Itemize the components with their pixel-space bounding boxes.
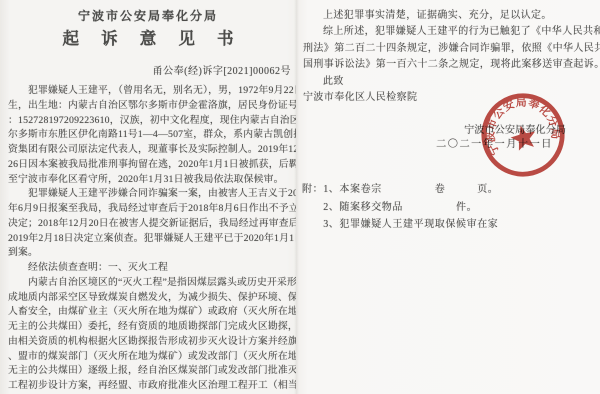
- body-line: 上述犯罪事实清楚，证据确实、充分，足以认定。: [303, 8, 597, 24]
- body-line: 犯罪嫌疑人王建平，（曾用名无，别名无），男，1972年9月22日出: [8, 84, 294, 99]
- scanned-page-right: 上述犯罪事实清楚，证据确实、充分，足以认定。 综上所述，犯罪嫌疑人王建平的行为已…: [296, 0, 600, 394]
- attachment-line: 2、随案移交物品 件。: [302, 199, 498, 217]
- body-line: 内蒙古自治区境区的“灭火工程”是指因煤层露头或历史开采形: [8, 276, 294, 291]
- document-title: 起 诉 意 见 书: [0, 25, 296, 49]
- body-line: 生，出生地：内蒙古自治区鄂尔多斯市伊金霍洛旗，居民身份证号码: [8, 99, 294, 114]
- page-fold-divider: [294, 0, 299, 394]
- body-line: 年6月9日报案至我局，我局经过审查后于2018年8月6日作出不予立案: [8, 202, 294, 217]
- attachment-line: 3、犯罪嫌疑人王建平现取保候审在家: [302, 216, 498, 234]
- document-number: 甬公奉(经)诉字[2021]00062号: [153, 62, 291, 77]
- attachments-list: 附：1、本案卷宗 卷 页。 2、随案移交物品 件。 3、犯罪嫌疑人王建平现取保候…: [302, 181, 498, 234]
- body-line: 、盟市的煤炭部门（灭火所在地为煤矿）或发改部门（灭火所在地为: [8, 350, 294, 365]
- body-line: 工程初步设计方案，再经盟、市政府批准火区治理工程开工（相当于: [8, 379, 294, 394]
- body-line: 到案。: [8, 246, 294, 261]
- body-line: 26日因本案被我局批准刑事拘留在逃，2020年1月1日被抓获，后羁押: [8, 158, 294, 173]
- body-line: 人畜安全，由煤矿业主（灭火所在地为煤矿）或政府（灭火所在地为: [8, 305, 294, 320]
- left-page-body: 犯罪嫌疑人王建平，（曾用名无，别名无），男，1972年9月22日出 生，出生地：…: [8, 84, 294, 394]
- body-line: 犯罪嫌疑人王建平涉嫌合同诈骗案一案，由被害人王吉义于2018: [8, 187, 294, 202]
- body-line: 尔多斯市东胜区伊化南路11号1—4—507室，群众，系内蒙古凯创投: [8, 128, 294, 143]
- attachment-line: 附：1、本案卷宗 卷 页。: [302, 181, 498, 199]
- scanned-page-left: 宁波市公安局奉化分局 起 诉 意 见 书 甬公奉(经)诉字[2021]00062…: [0, 0, 296, 394]
- body-line: ：152728197209223610，汉族，初中文化程度，现住内蒙古自治区鄂: [8, 114, 294, 129]
- body-line: 国刑事诉讼法》第一百六十二条之规定，现将此案移送审查起诉。: [303, 57, 597, 73]
- body-line: 无主的公共煤田）逐级上报，经自治区煤炭部门或发改部门批准灭火: [8, 364, 294, 379]
- body-line: 成地质内部采空区导致煤炭自燃发火，为减少损失、保护环境、保护: [8, 291, 294, 306]
- seal-star-icon: [508, 123, 538, 152]
- body-line: 经依法侦查查明：一、灭火工程: [8, 261, 294, 276]
- agency-header: 宁波市公安局奉化分局: [0, 7, 296, 24]
- body-line: 刑法》第二百二十四条规定，涉嫌合同诈骗罪，依照《中华人民共: [303, 41, 597, 57]
- body-line: 无主的公共煤田）委托，经有资质的地质勘探部门完成火区勘探，再: [8, 320, 294, 335]
- body-line: 综上所述，犯罪嫌疑人王建平的行为已触犯了《中华人民共和: [303, 24, 597, 40]
- body-line: 资集团有限公司原法定代表人，现董事长及实际控制人。2019年12月: [8, 143, 294, 158]
- body-line: 由相关资质的机构根据火区勘探报告形成初步灭火设计方案并经旗县: [8, 335, 294, 350]
- body-line: 2019年2月18日决定立案侦查。犯罪嫌疑人王建平已于2020年1月1日: [8, 232, 294, 247]
- body-line: 决定；2018年12月20日在被害人提交新证据后，我局经过再审查后于: [8, 217, 294, 232]
- body-line: 至宁波市奉化区看守所，2020年1月31日被我局依法取保候审。: [8, 173, 294, 188]
